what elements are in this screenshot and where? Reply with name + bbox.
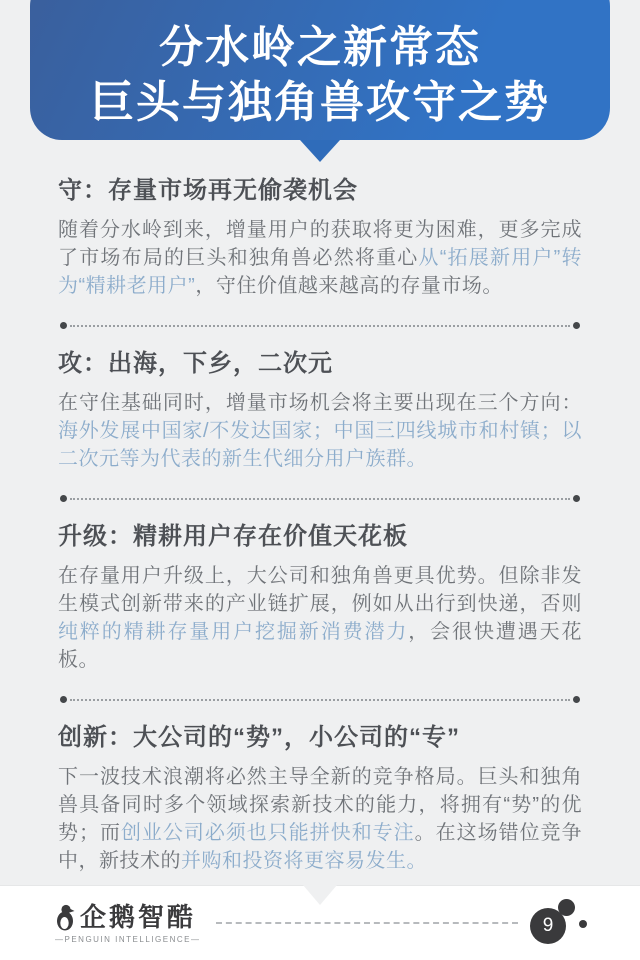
divider-dot-left bbox=[60, 322, 67, 329]
logo-text: 企鹅智酷 bbox=[80, 903, 196, 931]
divider-dot-right bbox=[573, 322, 580, 329]
section-heading: 升级：精耕用户存在价值天花板 bbox=[58, 524, 582, 550]
body-text-highlight: 纯粹的精耕存量用户挖掘新消费潜力 bbox=[58, 621, 408, 643]
section-heading: 攻：出海，下乡，二次元 bbox=[58, 351, 582, 377]
footer: 企鹅智酷 —PENGUIN INTELLIGENCE— 9 bbox=[0, 885, 640, 960]
section-heading: 守：存量市场再无偷袭机会 bbox=[58, 178, 582, 204]
penguin-intelligence-logo: 企鹅智酷 —PENGUIN INTELLIGENCE— bbox=[55, 903, 200, 944]
section-body: 在守住基础同时，增量市场机会将主要出现在三个方向：海外发展中国家/不发达国家；中… bbox=[58, 389, 582, 473]
section: 守：存量市场再无偷袭机会 随着分水岭到来，增量用户的获取将更为困难，更多完成了市… bbox=[58, 178, 582, 329]
section-heading: 创新：大公司的“势”，小公司的“专” bbox=[58, 725, 582, 751]
content-tail-pointer bbox=[303, 885, 337, 905]
page-bubble-medium bbox=[558, 899, 575, 916]
divider-dotted-line bbox=[70, 498, 570, 500]
section-body: 下一波技术浪潮将必然主导全新的竞争格局。巨头和独角兽具备同时多个领域探索新技术的… bbox=[58, 763, 582, 875]
divider-dot-right bbox=[573, 495, 580, 502]
section-body: 随着分水岭到来，增量用户的获取将更为困难，更多完成了市场布局的巨头和独角兽必然将… bbox=[58, 216, 582, 300]
section-body: 在存量用户升级上，大公司和独角兽更具优势。但除非发生模式创新带来的产业链扩展，例… bbox=[58, 562, 582, 674]
section-divider bbox=[60, 322, 580, 329]
divider-dotted-line bbox=[70, 325, 570, 327]
body-text-highlight: 创业公司必须也只能拼快和专注 bbox=[121, 822, 415, 844]
logo-subtext: —PENGUIN INTELLIGENCE— bbox=[55, 935, 200, 944]
body-text: 在守住基础同时，增量市场机会将主要出现在三个方向： bbox=[58, 392, 582, 414]
page-bubble-small bbox=[579, 920, 587, 928]
page-number-badge: 9 bbox=[530, 897, 588, 949]
banner-tail-pointer bbox=[300, 140, 340, 162]
footer-dashed-line bbox=[216, 922, 518, 924]
penguin-icon bbox=[55, 904, 75, 931]
sections-container: 守：存量市场再无偷袭机会 随着分水岭到来，增量用户的获取将更为困难，更多完成了市… bbox=[0, 162, 640, 885]
section: 创新：大公司的“势”，小公司的“专” 下一波技术浪潮将必然主导全新的竞争格局。巨… bbox=[58, 725, 582, 875]
body-text-highlight: 并购和投资将更容易发生。 bbox=[181, 850, 427, 872]
page-title-line2: 巨头与独角兽攻守之势 bbox=[30, 75, 610, 130]
section-divider bbox=[60, 495, 580, 502]
divider-dot-left bbox=[60, 696, 67, 703]
divider-dot-right bbox=[573, 696, 580, 703]
body-text-highlight: 海外发展中国家/不发达国家；中国三四线城市和村镇；以二次元等为代表的新生代细分用… bbox=[58, 420, 582, 470]
section-divider bbox=[60, 696, 580, 703]
section: 升级：精耕用户存在价值天花板 在存量用户升级上，大公司和独角兽更具优势。但除非发… bbox=[58, 524, 582, 703]
body-text: 在存量用户升级上，大公司和独角兽更具优势。但除非发生模式创新带来的产业链扩展，例… bbox=[58, 565, 582, 615]
body-text: ，守住价值越来越高的存量市场。 bbox=[195, 275, 503, 297]
divider-dot-left bbox=[60, 495, 67, 502]
infographic-page: 分水岭之新常态 巨头与独角兽攻守之势 守：存量市场再无偷袭机会 随着分水岭到来，… bbox=[0, 0, 640, 960]
header-banner: 分水岭之新常态 巨头与独角兽攻守之势 bbox=[30, 0, 610, 140]
section: 攻：出海，下乡，二次元 在守住基础同时，增量市场机会将主要出现在三个方向：海外发… bbox=[58, 351, 582, 502]
divider-dotted-line bbox=[70, 699, 570, 701]
page-title-line1: 分水岭之新常态 bbox=[30, 20, 610, 75]
